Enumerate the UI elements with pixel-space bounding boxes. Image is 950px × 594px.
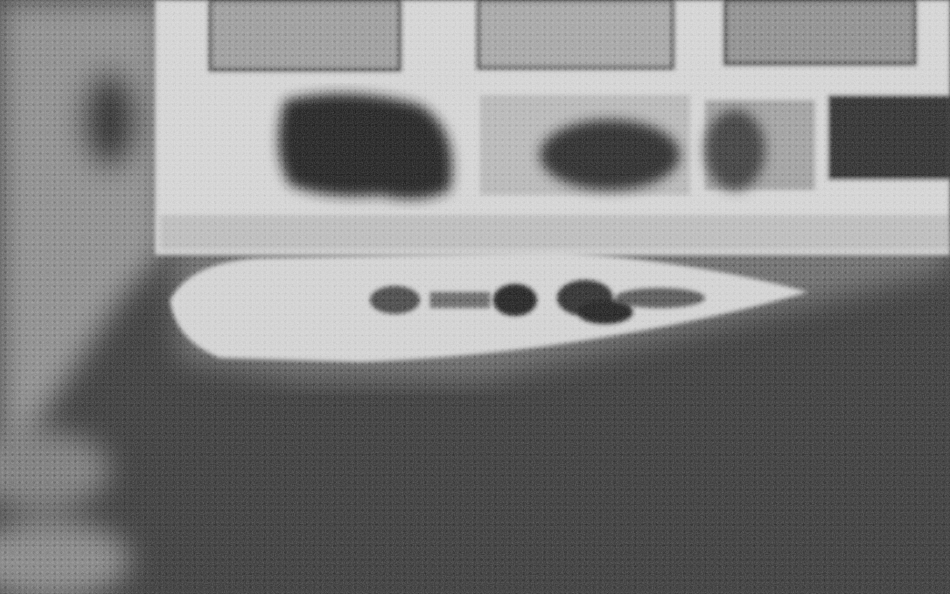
aerial-photo: [0, 0, 950, 594]
photo-scene: [0, 0, 950, 594]
film-grain: [0, 0, 950, 594]
